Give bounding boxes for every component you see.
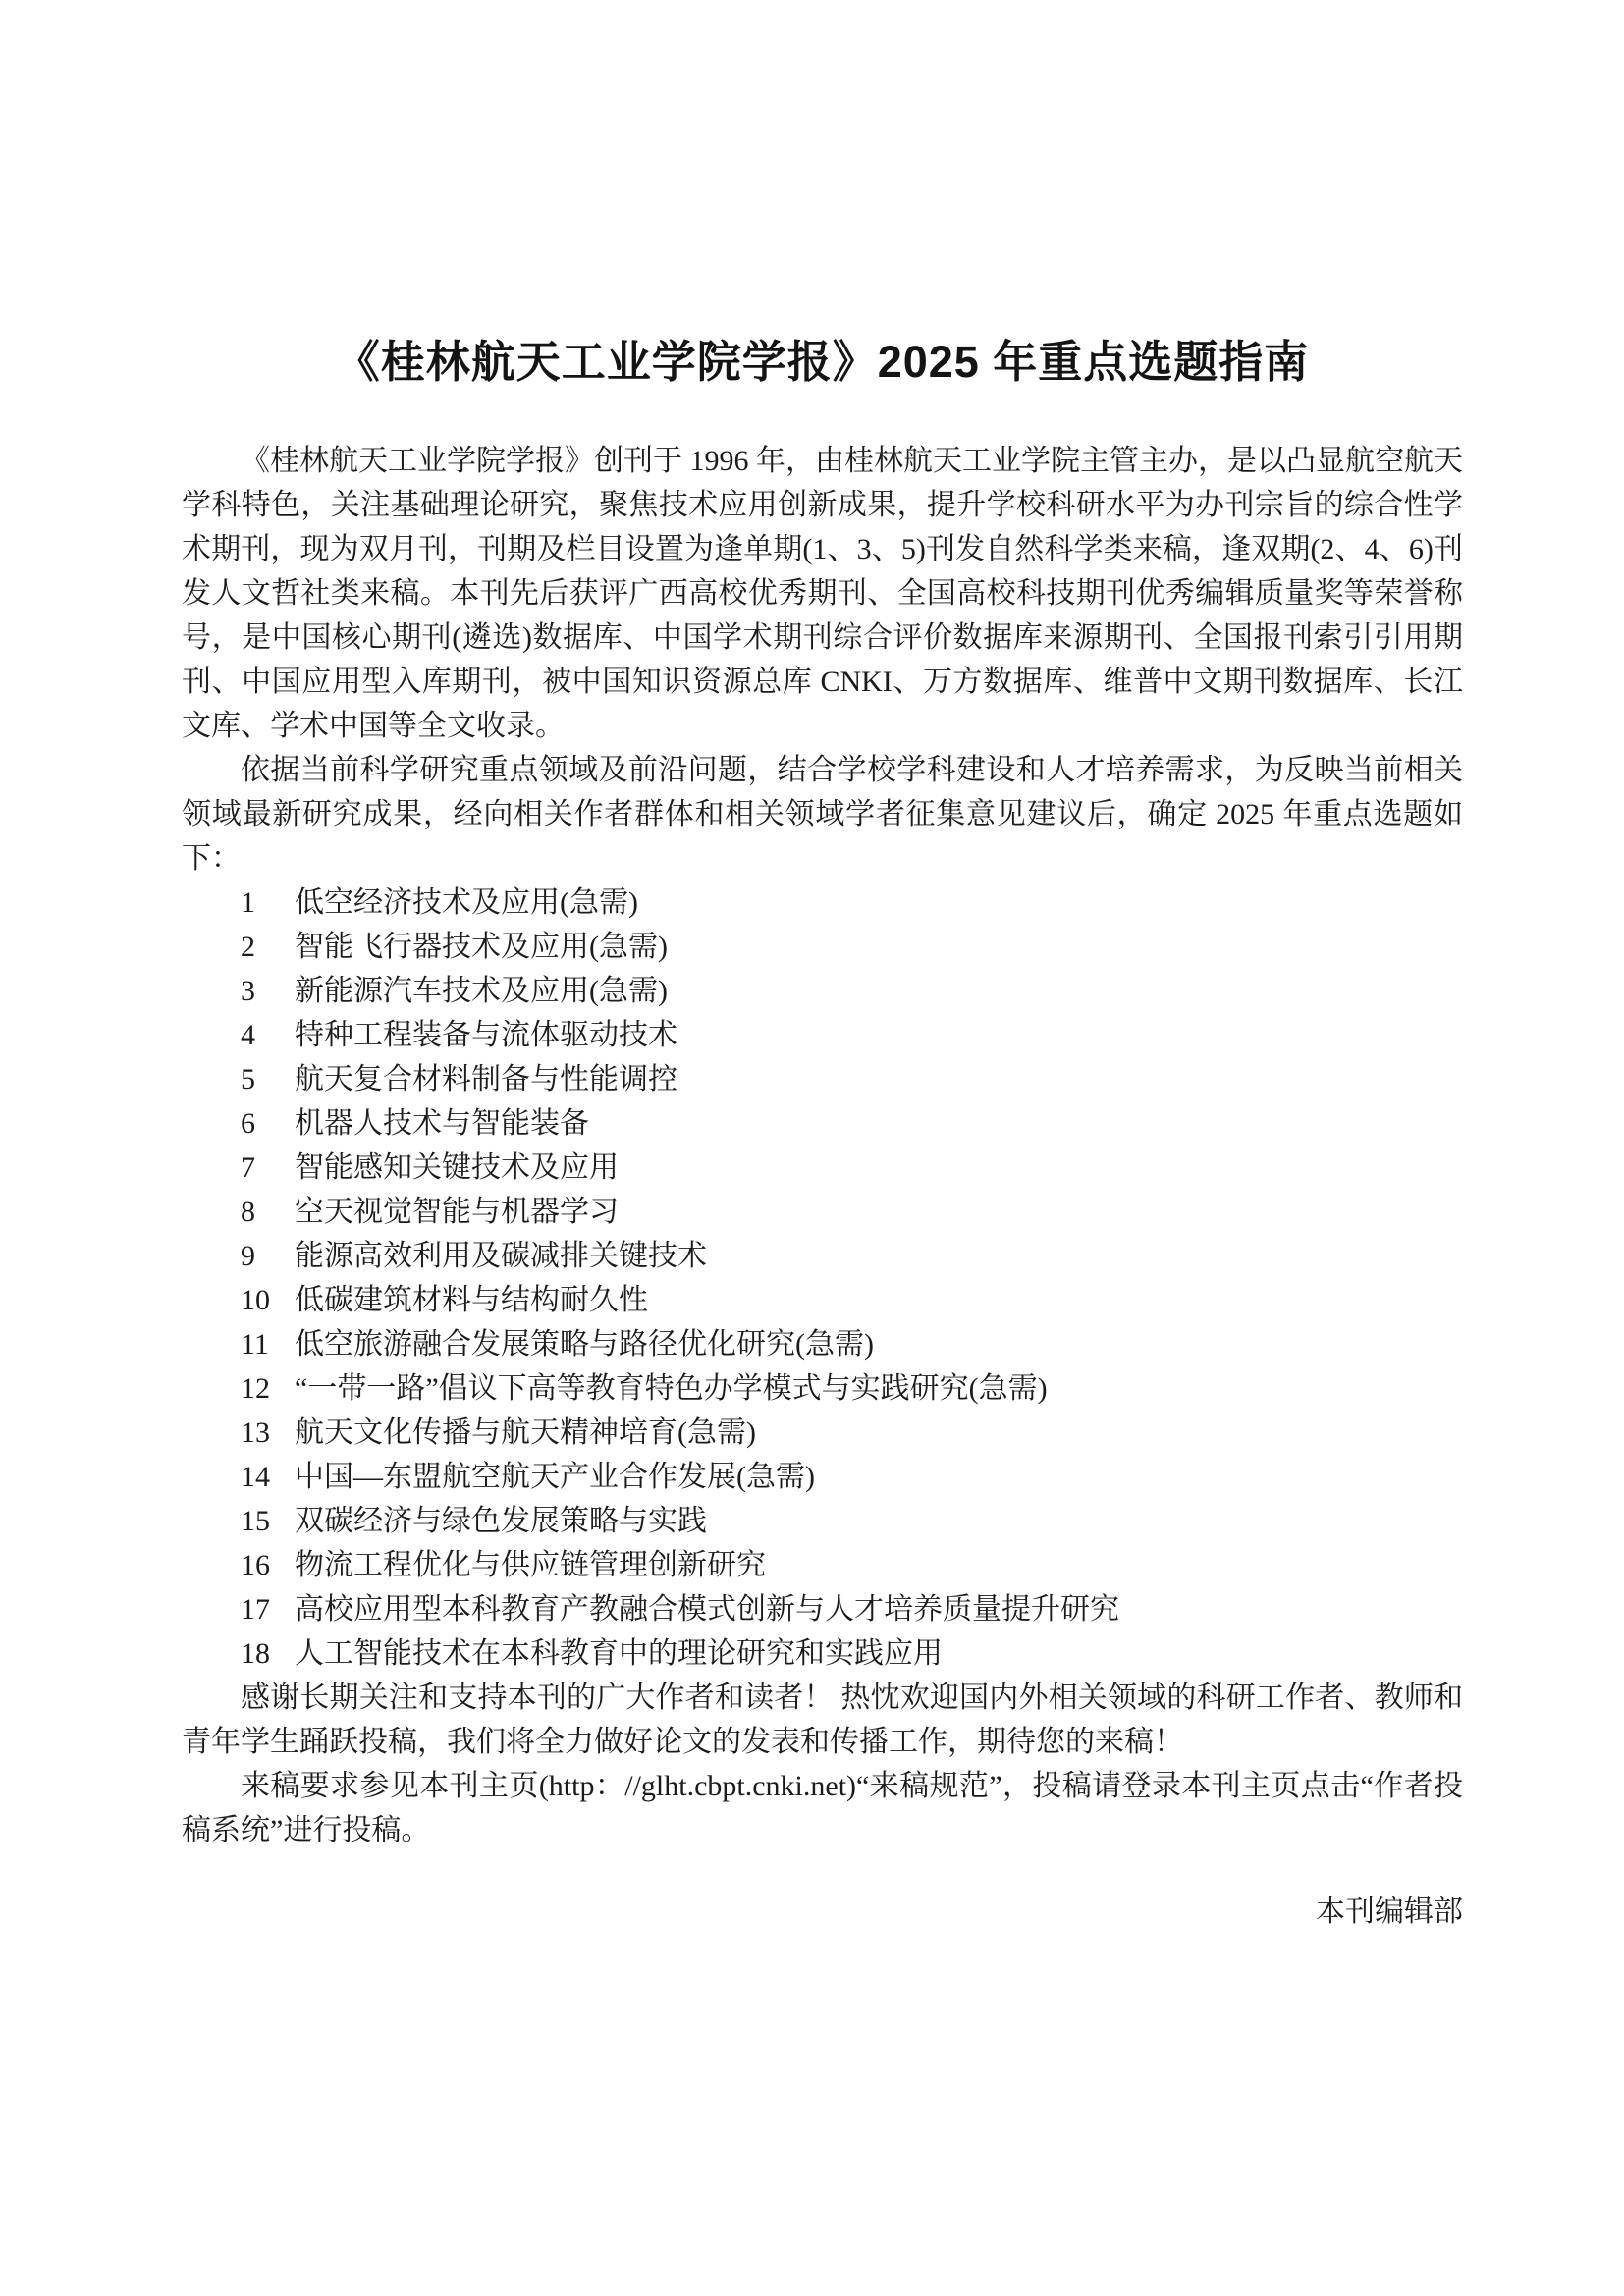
topic-item-15: 15双碳经济与绿色发展策略与实践 [182, 1499, 1463, 1543]
topic-number: 7 [241, 1146, 295, 1190]
intro-paragraph-2: 依据当前科学研究重点领域及前沿问题，结合学校学科建设和人才培养需求，为反映当前相… [182, 748, 1463, 881]
topic-text: 智能飞行器技术及应用(急需) [295, 931, 668, 963]
topic-text: “一带一路”倡议下高等教育特色办学模式与实践研究(急需) [295, 1372, 1048, 1405]
topic-number: 2 [241, 925, 295, 969]
topic-text: 新能源汽车技术及应用(急需) [295, 975, 668, 1007]
topic-number: 12 [241, 1366, 295, 1411]
topic-text: 航天文化传播与航天精神培育(急需) [295, 1416, 756, 1449]
topic-item-3: 3新能源汽车技术及应用(急需) [182, 969, 1463, 1013]
intro-paragraph-1: 《桂林航天工业学院学报》创刊于 1996 年，由桂林航天工业学院主管主办，是以凸… [182, 439, 1463, 748]
topic-item-13: 13航天文化传播与航天精神培育(急需) [182, 1411, 1463, 1455]
topic-item-16: 16物流工程优化与供应链管理创新研究 [182, 1543, 1463, 1587]
topic-text: 航天复合材料制备与性能调控 [295, 1063, 677, 1095]
topic-number: 18 [241, 1631, 295, 1676]
topic-item-2: 2智能飞行器技术及应用(急需) [182, 925, 1463, 969]
topic-text: 人工智能技术在本科教育中的理论研究和实践应用 [295, 1637, 943, 1670]
topic-number: 1 [241, 881, 295, 925]
topic-item-6: 6机器人技术与智能装备 [182, 1101, 1463, 1146]
topic-number: 15 [241, 1499, 295, 1543]
topic-number: 17 [241, 1587, 295, 1631]
topic-item-18: 18人工智能技术在本科教育中的理论研究和实践应用 [182, 1631, 1463, 1676]
topic-item-8: 8空天视觉智能与机器学习 [182, 1190, 1463, 1234]
topic-number: 9 [241, 1234, 295, 1278]
topic-number: 3 [241, 969, 295, 1013]
topic-number: 14 [241, 1455, 295, 1499]
topic-item-14: 14中国—东盟航空航天产业合作发展(急需) [182, 1455, 1463, 1499]
topic-item-10: 10低碳建筑材料与结构耐久性 [182, 1278, 1463, 1322]
topic-item-1: 1低空经济技术及应用(急需) [182, 881, 1463, 925]
topic-text: 能源高效利用及碳减排关键技术 [295, 1240, 707, 1272]
topic-number: 5 [241, 1057, 295, 1101]
thanks-paragraph: 感谢长期关注和支持本刊的广大作者和读者！ 热忱欢迎国内外相关领域的科研工作者、教… [182, 1676, 1463, 1764]
submission-paragraph: 来稿要求参见本刊主页(http：//glht.cbpt.cnki.net)“来稿… [182, 1764, 1463, 1852]
topic-number: 13 [241, 1411, 295, 1455]
topic-item-4: 4特种工程装备与流体驱动技术 [182, 1013, 1463, 1057]
editorial-signature: 本刊编辑部 [182, 1890, 1463, 1934]
topic-text: 中国—东盟航空航天产业合作发展(急需) [295, 1461, 815, 1493]
topic-number: 6 [241, 1101, 295, 1146]
topic-number: 4 [241, 1013, 295, 1057]
topic-text: 智能感知关键技术及应用 [295, 1151, 619, 1184]
topic-text: 双碳经济与绿色发展策略与实践 [295, 1505, 707, 1537]
topic-item-12: 12“一带一路”倡议下高等教育特色办学模式与实践研究(急需) [182, 1366, 1463, 1411]
topic-item-7: 7智能感知关键技术及应用 [182, 1146, 1463, 1190]
topic-number: 16 [241, 1543, 295, 1587]
topic-number: 10 [241, 1278, 295, 1322]
page-title: 《桂林航天工业学院学报》2025 年重点选题指南 [182, 334, 1463, 392]
topic-item-17: 17高校应用型本科教育产教融合模式创新与人才培养质量提升研究 [182, 1587, 1463, 1631]
topic-text: 特种工程装备与流体驱动技术 [295, 1019, 677, 1051]
topic-text: 低空旅游融合发展策略与路径优化研究(急需) [295, 1328, 874, 1361]
topic-text: 空天视觉智能与机器学习 [295, 1196, 619, 1228]
topic-text: 低空经济技术及应用(急需) [295, 886, 638, 919]
document-page: 《桂林航天工业学院学报》2025 年重点选题指南 《桂林航天工业学院学报》创刊于… [0, 0, 1624, 2296]
topic-item-9: 9能源高效利用及碳减排关键技术 [182, 1234, 1463, 1278]
topic-list: 1低空经济技术及应用(急需) 2智能飞行器技术及应用(急需) 3新能源汽车技术及… [182, 881, 1463, 1676]
topic-text: 机器人技术与智能装备 [295, 1107, 589, 1140]
topic-text: 低碳建筑材料与结构耐久性 [295, 1284, 648, 1316]
topic-number: 11 [241, 1322, 295, 1366]
topic-item-11: 11低空旅游融合发展策略与路径优化研究(急需) [182, 1322, 1463, 1366]
topic-text: 高校应用型本科教育产教融合模式创新与人才培养质量提升研究 [295, 1593, 1119, 1626]
topic-text: 物流工程优化与供应链管理创新研究 [295, 1549, 766, 1581]
topic-number: 8 [241, 1190, 295, 1234]
topic-item-5: 5航天复合材料制备与性能调控 [182, 1057, 1463, 1101]
